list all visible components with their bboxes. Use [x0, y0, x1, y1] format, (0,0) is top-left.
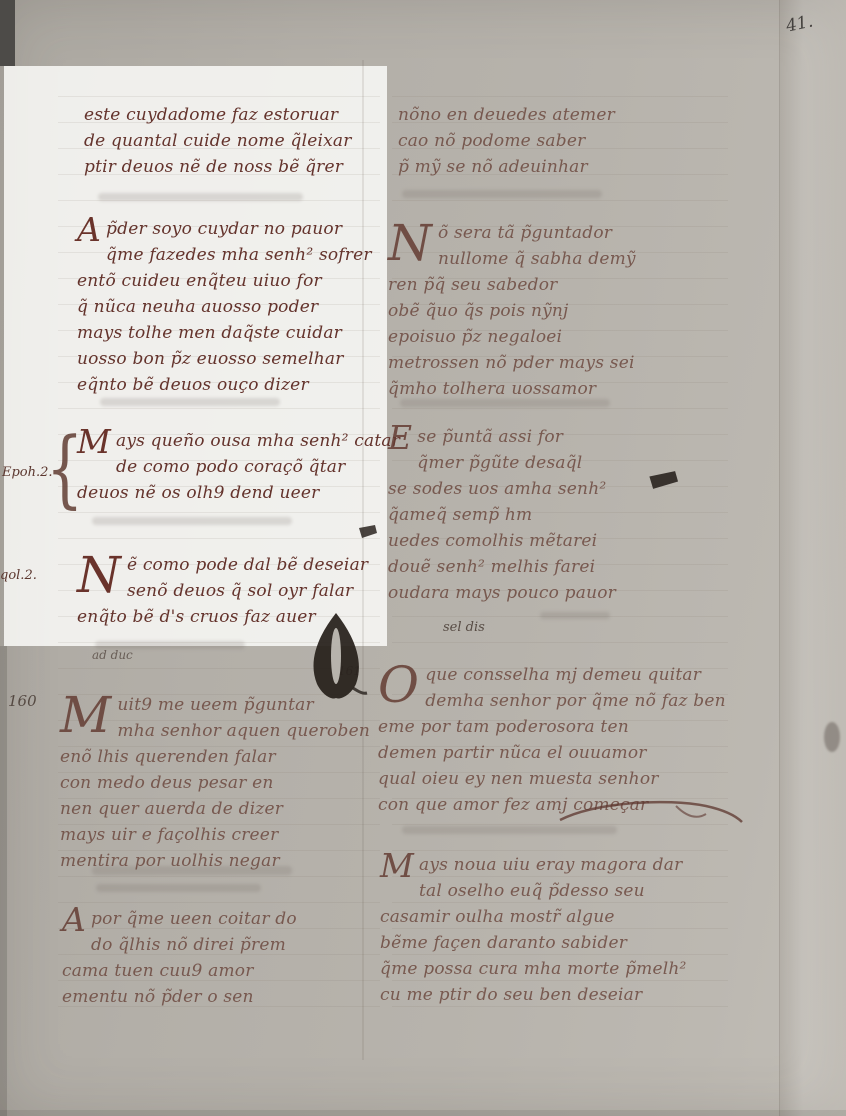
bleed-through — [540, 612, 610, 619]
manuscript-page: este cuydadome faz estoruarde quantal cu… — [0, 0, 846, 1116]
margin-number-160: 160 — [8, 694, 37, 709]
margin-brace: { — [46, 424, 83, 512]
page-left-edge — [0, 646, 7, 1116]
stanza-initial: N — [77, 552, 121, 598]
verse-line: ementu nõ p̃der o sen — [62, 984, 362, 1010]
stanza: Nõ sera tã p̃guntadornullome q̃ sabha de… — [388, 220, 708, 402]
verse-line: demha senhor por q̃me nõ faz ben — [378, 688, 718, 714]
verse-line: cao nõ podome saber — [398, 128, 708, 154]
interlinear-note-ad-duc: ad duc — [92, 648, 133, 663]
verse-line: nõno en deuedes atemer — [398, 102, 708, 128]
verse-line: q̃me fazedes mha senh² sofrer — [77, 242, 372, 268]
verse-line: qual oieu ey nen muesta senhor — [378, 766, 718, 792]
verse-line: do q̃lhis nõ direi p̃rem — [62, 932, 362, 958]
stanza: Mays queño ousa mha senh² catarde como p… — [77, 428, 372, 506]
verse-line: oudara mays pouco pauor — [388, 580, 708, 606]
stanza: Apor q̃me ueen coitar dodo q̃lhis nõ dir… — [62, 906, 362, 1010]
verse-line: Oque consselha mj demeu quitar — [378, 662, 718, 688]
stanza: Ese p̃untã assi forq̃mer p̃gũte desaq̃ls… — [388, 424, 708, 606]
verse-line: Mays noua uiu eray magora dar — [380, 852, 720, 878]
verse-line: q̃mer p̃gũte desaq̃l — [388, 450, 708, 476]
stanza-initial: M — [60, 692, 111, 738]
verse-line: enq̃to bẽ d's cruos faz auer — [77, 604, 372, 630]
verse-line: ren p̃q̃ seu sabedor — [388, 272, 708, 298]
verse-line: q̃mho tolhera uossamor — [388, 376, 708, 402]
bleed-through — [402, 190, 602, 198]
verse-line: cama tuen cuu9 amor — [62, 958, 362, 984]
stanza-initial: M — [380, 852, 414, 879]
verse-line: enõ lhis querenden falar — [60, 744, 360, 770]
verse-line: mentira por uolhis negar — [60, 848, 360, 874]
verse-line: nen quer auerda de dizer — [60, 796, 360, 822]
ink-smudge — [824, 722, 840, 752]
verse-line: Mays queño ousa mha senh² catar — [77, 428, 372, 454]
stanza: Ap̃der soyo cuydar no pauorq̃me fazedes … — [77, 216, 372, 398]
verse-line: eme por tam poderosora ten — [378, 714, 718, 740]
stanza: Nẽ como pode dal bẽ deseiarsenõ deuos q̃… — [77, 552, 372, 630]
bleed-through — [96, 884, 261, 892]
verse-line: uedes comolhis mẽtarei — [388, 528, 708, 554]
verse-line: entõ cuideu enq̃teu uiuo for — [77, 268, 372, 294]
verse-line: demen partir nũca el ouuamor — [378, 740, 718, 766]
stanza-initial: E — [388, 424, 412, 451]
verse-line: obẽ q̃uo q̃s pois nỹnj — [388, 298, 708, 324]
verse-line: uosso bon p̃z euosso semelhar — [77, 346, 372, 372]
verse-line: casamir oulha mostr̃ algue — [380, 904, 720, 930]
verse-line: Muit9 me ueem p̃guntar — [60, 692, 360, 718]
margin-epigraph-2: qol.2. — [0, 568, 37, 583]
stanza: nõno en deuedes atemercao nõ podome sabe… — [398, 102, 708, 180]
verse-line: cu me ptir do seu ben deseiar — [380, 982, 720, 1008]
stanza: Muit9 me ueem p̃guntarmha senhor aquen q… — [60, 692, 360, 874]
bleed-through — [402, 826, 617, 834]
verse-line: p̃ mỹ se nõ adeuinhar — [398, 154, 708, 180]
stanza: Oque consselha mj demeu quitardemha senh… — [378, 662, 718, 818]
verse-line: de como podo coraçõ q̃tar — [77, 454, 372, 480]
verse-line: mays tolhe men daq̃ste cuidar — [77, 320, 372, 346]
verse-line: deuos nẽ os olh9 dend ueer — [77, 480, 372, 506]
stanza: Mays noua uiu eray magora dartal oselho … — [380, 852, 720, 1008]
verse-line: eq̃nto bẽ deuos ouço dizer — [77, 372, 372, 398]
verse-line: ptir deuos nẽ de noss bẽ q̃rer — [84, 154, 374, 180]
verse-line: douẽ senh² melhis farei — [388, 554, 708, 580]
scan-corner-shadow — [0, 0, 15, 66]
stanza-initial: A — [77, 216, 101, 243]
verse-line: nullome q̃ sabha demỹ — [388, 246, 708, 272]
verse-line: q̃me possa cura mha morte p̃melh² — [380, 956, 720, 982]
margin-epigraph-1: Epoh.2. — [2, 465, 53, 480]
margin-number-161: 161 — [338, 664, 361, 679]
interlinear-note-sel-dis: sel dis — [443, 620, 485, 635]
page-right-edge — [780, 0, 846, 1116]
verse-line: Ese p̃untã assi for — [388, 424, 708, 450]
verse-line: epoisuo p̃z negaloei — [388, 324, 708, 350]
page-crease — [779, 0, 780, 1116]
verse-line: Apor q̃me ueen coitar do — [62, 906, 362, 932]
verse-line: Nẽ como pode dal bẽ deseiar — [77, 552, 372, 578]
stanza-initial: A — [62, 906, 86, 933]
verse-line: se sodes uos amha senh² — [388, 476, 708, 502]
verse-line: este cuydadome faz estoruar — [84, 102, 374, 128]
stanza-initial: N — [388, 220, 432, 266]
stanza-initial: O — [378, 662, 419, 708]
verse-line: Ap̃der soyo cuydar no pauor — [77, 216, 372, 242]
verse-line: metrossen nõ pder mays sei — [388, 350, 708, 376]
verse-line: con que amor fez amj começar — [378, 792, 718, 818]
verse-line: tal oselho euq̃ p̃desso seu — [380, 878, 720, 904]
page-bottom-shadow — [0, 1110, 846, 1116]
stanza: este cuydadome faz estoruarde quantal cu… — [84, 102, 374, 180]
verse-line: bẽme façen daranto sabider — [380, 930, 720, 956]
verse-line: con medo deus pesar en — [60, 770, 360, 796]
verse-line: q̃ nũca neuha auosso poder — [77, 294, 372, 320]
verse-line: senõ deuos q̃ sol oyr falar — [77, 578, 372, 604]
verse-line: q̃ameq̃ semp̃ hm — [388, 502, 708, 528]
verse-line: de quantal cuide nome q̃leixar — [84, 128, 374, 154]
verse-line: mays uir e façolhis creer — [60, 822, 360, 848]
verse-line: Nõ sera tã p̃guntador — [388, 220, 708, 246]
